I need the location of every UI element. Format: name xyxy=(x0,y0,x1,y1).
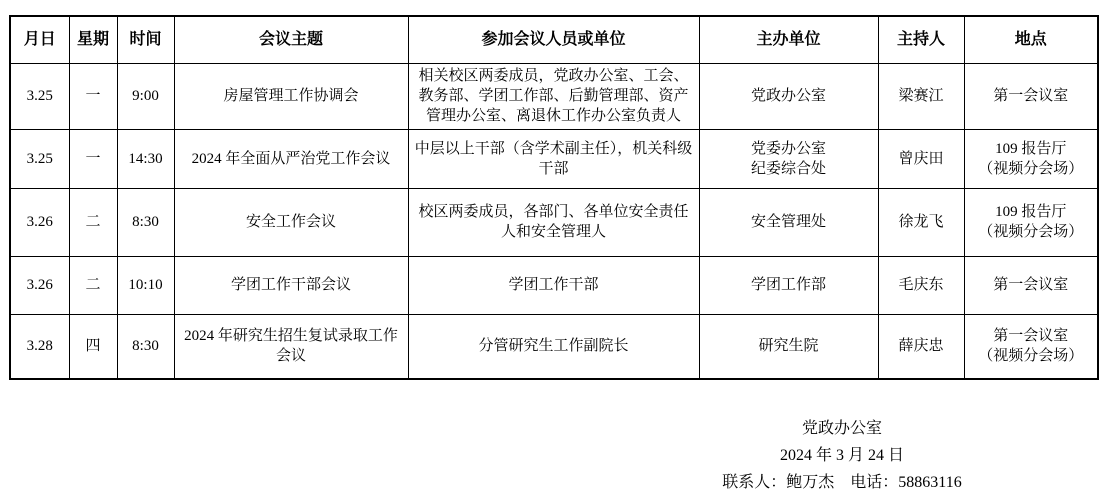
cell-time: 10:10 xyxy=(117,256,174,314)
cell-location: 第一会议室 （视频分会场） xyxy=(964,314,1098,379)
signature-block: 党政办公室 2024 年 3 月 24 日 联系人：鲍万杰 电话：5886311… xyxy=(577,415,1106,496)
cell-weekday: 一 xyxy=(69,129,117,188)
cell-date: 3.25 xyxy=(10,63,69,129)
cell-host: 薛庆忠 xyxy=(878,314,964,379)
cell-location: 第一会议室 xyxy=(964,256,1098,314)
cell-time: 8:30 xyxy=(117,188,174,256)
cell-participants: 分管研究生工作副院长 xyxy=(408,314,699,379)
cell-topic: 2024 年研究生招生复试录取工作会议 xyxy=(174,314,408,379)
meeting-schedule-table: 月日 星期 时间 会议主题 参加会议人员或单位 主办单位 主持人 地点 3.25… xyxy=(9,15,1099,380)
cell-host: 毛庆东 xyxy=(878,256,964,314)
cell-weekday: 四 xyxy=(69,314,117,379)
column-header-organizer: 主办单位 xyxy=(699,16,878,63)
cell-date: 3.28 xyxy=(10,314,69,379)
column-header-time: 时间 xyxy=(117,16,174,63)
cell-participants: 学团工作干部 xyxy=(408,256,699,314)
cell-organizer: 安全管理处 xyxy=(699,188,878,256)
cell-location: 第一会议室 xyxy=(964,63,1098,129)
table-row: 3.25 一 9:00 房屋管理工作协调会 相关校区两委成员，党政办公室、工会、… xyxy=(10,63,1098,129)
cell-date: 3.26 xyxy=(10,256,69,314)
column-header-host: 主持人 xyxy=(878,16,964,63)
cell-location: 109 报告厅 （视频分会场） xyxy=(964,129,1098,188)
table-row: 3.26 二 8:30 安全工作会议 校区两委成员，各部门、各单位安全责任人和安… xyxy=(10,188,1098,256)
column-header-topic: 会议主题 xyxy=(174,16,408,63)
cell-weekday: 二 xyxy=(69,188,117,256)
column-header-date: 月日 xyxy=(10,16,69,63)
cell-time: 14:30 xyxy=(117,129,174,188)
signature-department: 党政办公室 xyxy=(577,415,1106,442)
cell-date: 3.25 xyxy=(10,129,69,188)
contact-info: 联系人：鲍万杰 电话：58863116 xyxy=(577,469,1106,496)
cell-time: 9:00 xyxy=(117,63,174,129)
cell-topic: 2024 年全面从严治党工作会议 xyxy=(174,129,408,188)
cell-host: 徐龙飞 xyxy=(878,188,964,256)
cell-topic: 安全工作会议 xyxy=(174,188,408,256)
table-row: 3.28 四 8:30 2024 年研究生招生复试录取工作会议 分管研究生工作副… xyxy=(10,314,1098,379)
column-header-participants: 参加会议人员或单位 xyxy=(408,16,699,63)
header-row: 月日 星期 时间 会议主题 参加会议人员或单位 主办单位 主持人 地点 xyxy=(10,16,1098,63)
cell-participants: 校区两委成员，各部门、各单位安全责任人和安全管理人 xyxy=(408,188,699,256)
cell-weekday: 一 xyxy=(69,63,117,129)
cell-organizer: 研究生院 xyxy=(699,314,878,379)
column-header-location: 地点 xyxy=(964,16,1098,63)
cell-weekday: 二 xyxy=(69,256,117,314)
cell-topic: 房屋管理工作协调会 xyxy=(174,63,408,129)
cell-topic: 学团工作干部会议 xyxy=(174,256,408,314)
cell-location: 109 报告厅 （视频分会场） xyxy=(964,188,1098,256)
cell-organizer: 党政办公室 xyxy=(699,63,878,129)
cell-date: 3.26 xyxy=(10,188,69,256)
cell-host: 梁赛江 xyxy=(878,63,964,129)
cell-host: 曾庆田 xyxy=(878,129,964,188)
signature-date: 2024 年 3 月 24 日 xyxy=(577,442,1106,469)
cell-time: 8:30 xyxy=(117,314,174,379)
column-header-weekday: 星期 xyxy=(69,16,117,63)
table-row: 3.25 一 14:30 2024 年全面从严治党工作会议 中层以上干部（含学术… xyxy=(10,129,1098,188)
cell-participants: 相关校区两委成员，党政办公室、工会、教务部、学团工作部、后勤管理部、资产管理办公… xyxy=(408,63,699,129)
cell-organizer: 学团工作部 xyxy=(699,256,878,314)
cell-participants: 中层以上干部（含学术副主任），机关科级干部 xyxy=(408,129,699,188)
meeting-schedule-page: 月日 星期 时间 会议主题 参加会议人员或单位 主办单位 主持人 地点 3.25… xyxy=(0,0,1106,502)
cell-organizer: 党委办公室 纪委综合处 xyxy=(699,129,878,188)
table-row: 3.26 二 10:10 学团工作干部会议 学团工作干部 学团工作部 毛庆东 第… xyxy=(10,256,1098,314)
